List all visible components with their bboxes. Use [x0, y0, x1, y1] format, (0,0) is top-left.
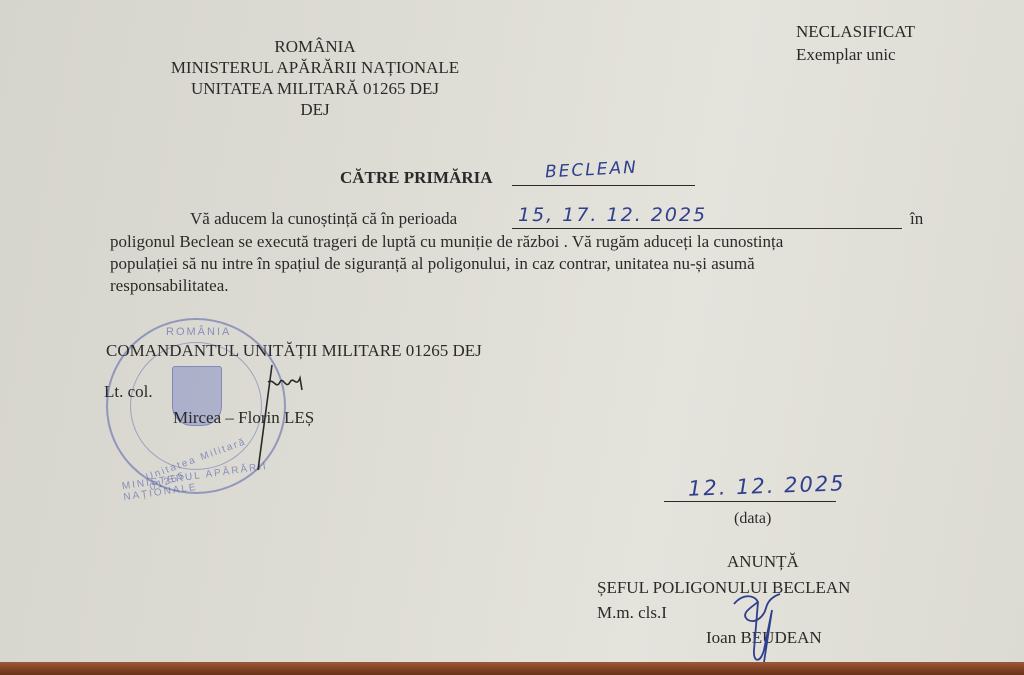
commander-signature-icon [250, 360, 330, 480]
body-line-1-prefix: Vă aducem la cunoștință că în perioada [190, 208, 457, 230]
commander-rank: Lt. col. [104, 381, 153, 403]
issuer-header: ROMÂNIA MINISTERUL APĂRĂRII NAȚIONALE UN… [140, 36, 490, 120]
addressee-handwritten: BECLEAN [545, 158, 639, 183]
classification-block: NECLASIFICAT Exemplar unic [796, 20, 915, 66]
date-handwritten: 12. 12. 2025 [688, 471, 846, 500]
classification-copy: Exemplar unic [796, 43, 915, 66]
date-label: (data) [734, 508, 771, 530]
body-line-1-suffix: în [910, 208, 923, 230]
period-handwritten: 15, 17. 12. 2025 [518, 204, 707, 226]
announcer-rank: M.m. cls.I [597, 602, 667, 624]
addressee-label: CĂTRE PRIMĂRIA [340, 168, 493, 187]
header-city: DEJ [140, 99, 490, 120]
desk-surface [0, 662, 1024, 675]
header-unit: UNITATEA MILITARĂ 01265 DEJ [140, 78, 490, 99]
document-page: ROMÂNIA MINISTERUL APĂRĂRII NAȚIONALE UN… [0, 0, 1024, 662]
body-line-2: poligonul Beclean se execută trageri de … [110, 231, 783, 253]
date-underline [664, 501, 836, 502]
announcer-heading: ANUNȚĂ [727, 551, 799, 573]
announcer-title: ȘEFUL POLIGONULUI BECLEAN [597, 577, 850, 599]
header-country: ROMÂNIA [140, 36, 490, 57]
period-underline [512, 228, 902, 229]
body-line-3: populației să nu intre în spațiul de sig… [110, 253, 755, 275]
addressee-line: CĂTRE PRIMĂRIA [340, 168, 493, 188]
addressee-underline [512, 185, 695, 186]
body-line-4: responsabilitatea. [110, 275, 229, 297]
commander-title: COMANDANTUL UNITĂȚII MILITARE 01265 DEJ [106, 340, 482, 362]
classification-level: NECLASIFICAT [796, 20, 915, 43]
stamp-top-text: ROMÂNIA [166, 326, 231, 338]
header-ministry: MINISTERUL APĂRĂRII NAȚIONALE [140, 57, 490, 78]
